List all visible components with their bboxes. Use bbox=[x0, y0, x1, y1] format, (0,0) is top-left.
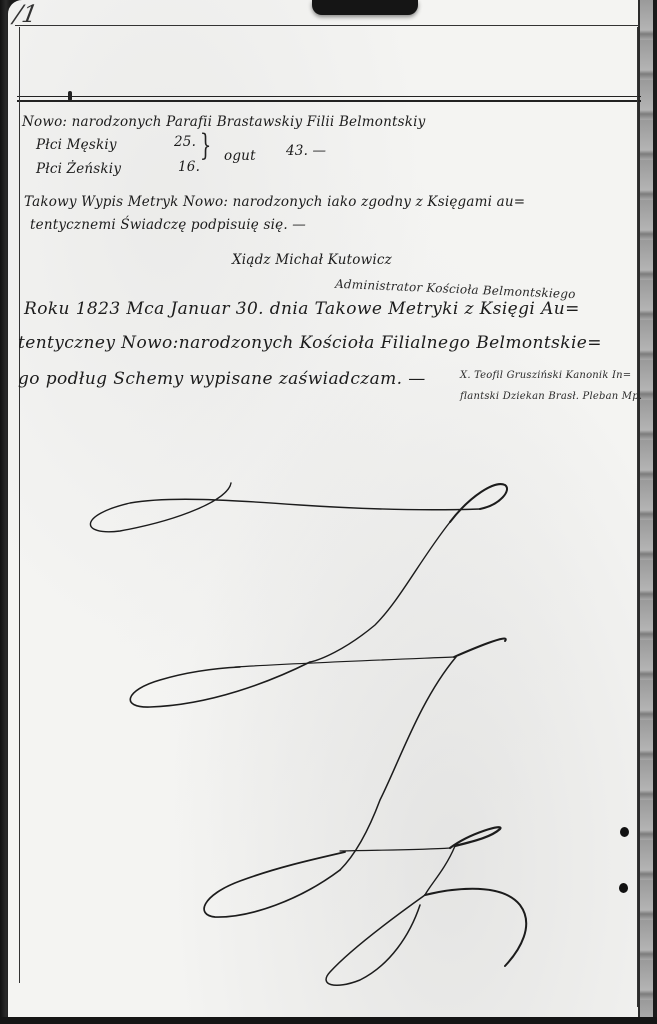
punch-hole-lower bbox=[619, 883, 628, 893]
binding-clip bbox=[312, 0, 418, 15]
female-count: 16. bbox=[178, 159, 200, 175]
total-label: ogut bbox=[224, 148, 256, 164]
punch-hole-upper bbox=[620, 827, 629, 837]
rule-left-margin bbox=[19, 27, 20, 983]
rule-header-lower bbox=[17, 100, 641, 102]
female-label: Płci Żeńskiy bbox=[36, 161, 121, 177]
total-count: 43. — bbox=[286, 143, 326, 159]
certification-line-1: Takowy Wypis Metryk Nowo: narodzonych ia… bbox=[24, 194, 525, 210]
male-label: Płci Męskiy bbox=[36, 137, 117, 153]
corner-mark: /1 bbox=[12, 0, 40, 28]
male-count: 25. bbox=[174, 134, 196, 150]
rule-header-upper bbox=[17, 96, 641, 97]
rule-right-margin bbox=[637, 27, 638, 1007]
rule-top bbox=[15, 25, 640, 26]
ink-blot bbox=[68, 91, 72, 101]
summary-heading: Nowo: narodzonych Parafii Brastawskiy Fi… bbox=[22, 114, 425, 130]
certification-line-2: tentycznemi Świadczę podpisuię się. — bbox=[30, 217, 306, 233]
record-signature-2: flantski Dziekan Brasł. Pleban Mp. bbox=[460, 391, 642, 402]
record-line-2: tentyczney Nowo:narodzonych Kościoła Fil… bbox=[18, 333, 602, 353]
signature-name: Xiądz Michał Kutowicz bbox=[232, 252, 392, 268]
summary-brace: } bbox=[200, 128, 211, 163]
record-signature-1: X. Teofil Grusziński Kanonik In= bbox=[460, 370, 631, 381]
adjacent-page-edge bbox=[638, 0, 657, 1024]
record-line-1: Roku 1823 Mca Januar 30. dnia Takowe Met… bbox=[24, 299, 580, 319]
scan-bottom-edge bbox=[0, 1017, 657, 1024]
record-line-3: go podług Schemy wypisane zaświadczam. — bbox=[18, 369, 426, 389]
